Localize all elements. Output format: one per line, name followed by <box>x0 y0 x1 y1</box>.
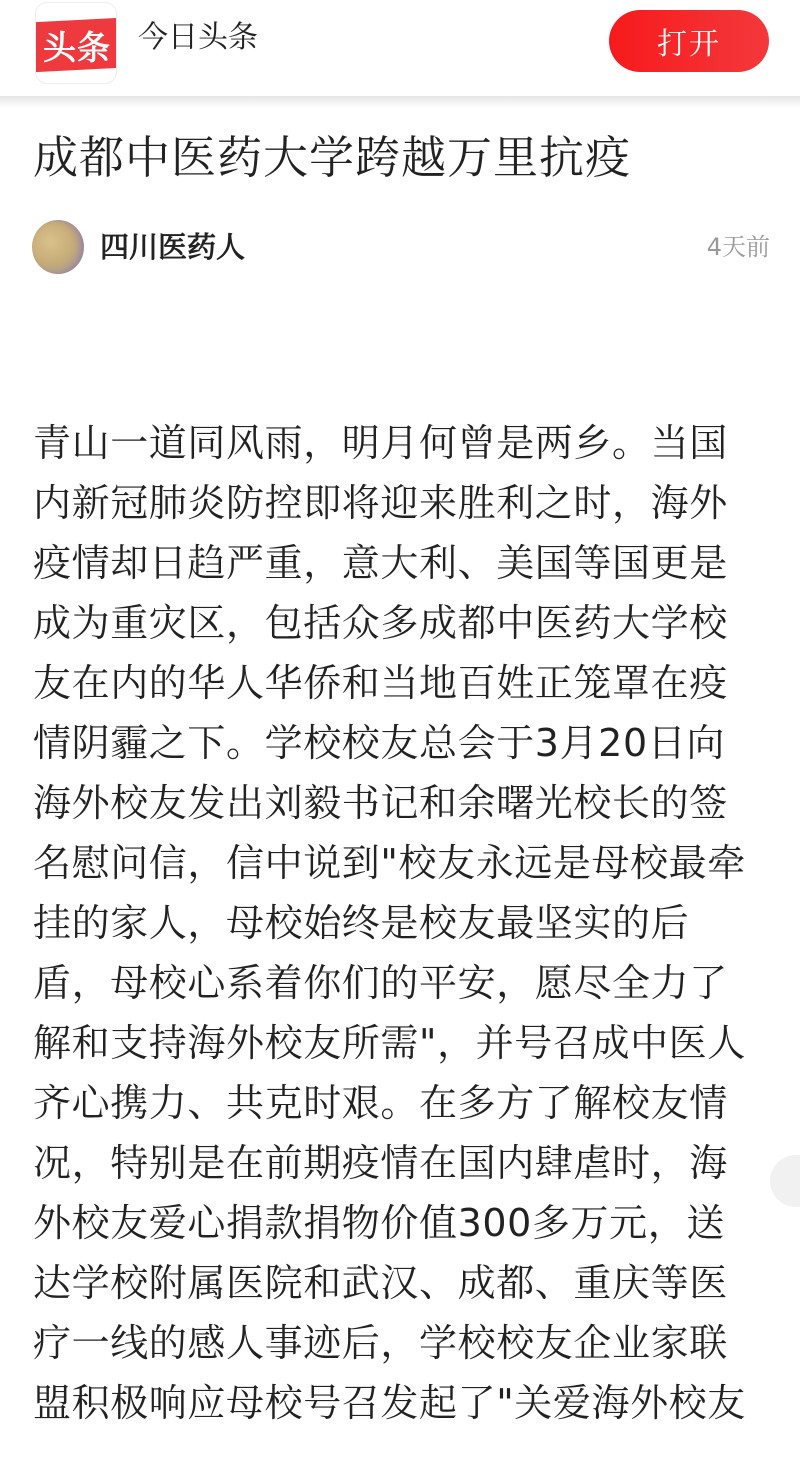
body-line: 达学校附属医院和武汉、成都、重庆等医 <box>33 1253 773 1313</box>
body-line: 况，特别是在前期疫情在国内肆虐时，海 <box>33 1133 773 1193</box>
header-divider <box>0 96 800 108</box>
article-body: 青山一道同风雨，明月何曾是两乡。当国 内新冠肺炎防控即将迎来胜利之时，海外 疫情… <box>33 413 773 1433</box>
app-name: 今日头条 <box>138 18 258 58</box>
author-name[interactable]: 四川医药人 <box>100 227 245 267</box>
body-line: 成为重灾区，包括众多成都中医药大学校 <box>33 593 773 653</box>
post-time: 4天前 <box>707 229 770 265</box>
body-line: 名慰问信，信中说到"校友永远是母校最牵 <box>33 833 773 893</box>
open-app-button[interactable]: 打开 <box>609 10 769 72</box>
body-line: 外校友爱心捐款捐物价值300多万元，送 <box>33 1193 773 1253</box>
body-line: 疫情却日趋严重，意大利、美国等国更是 <box>33 533 773 593</box>
toutiao-logo-icon[interactable]: 头条 <box>35 2 117 84</box>
body-line: 盾，母校心系着你们的平安，愿尽全力了 <box>33 953 773 1013</box>
body-line: 青山一道同风雨，明月何曾是两乡。当国 <box>33 413 773 473</box>
logo-band: 头条 <box>36 18 117 72</box>
app-download-banner: 头条 今日头条 打开 <box>0 0 800 96</box>
body-line: 疗一线的感人事迹后，学校校友企业家联 <box>33 1313 773 1373</box>
logo-text: 头条 <box>43 22 111 69</box>
author-row: 四川医药人 4天前 <box>0 215 800 279</box>
body-line: 情阴霾之下。学校校友总会于3月20日向 <box>33 713 773 773</box>
body-line: 齐心携力、共克时艰。在多方了解校友情 <box>33 1073 773 1133</box>
body-line: 海外校友发出刘毅书记和余曙光校长的签 <box>33 773 773 833</box>
body-line: 挂的家人，母校始终是校友最坚实的后 <box>33 893 773 953</box>
body-line: 解和支持海外校友所需"，并号召成中医人 <box>33 1013 773 1073</box>
body-line: 内新冠肺炎防控即将迎来胜利之时，海外 <box>33 473 773 533</box>
body-line: 友在内的华人华侨和当地百姓正笼罩在疫 <box>33 653 773 713</box>
author-avatar[interactable] <box>32 220 84 274</box>
article-title: 成都中医药大学跨越万里抗疫 <box>33 128 631 188</box>
floating-side-handle[interactable] <box>770 1155 800 1207</box>
body-line: 盟积极响应母校号召发起了"关爱海外校友 <box>33 1373 773 1433</box>
